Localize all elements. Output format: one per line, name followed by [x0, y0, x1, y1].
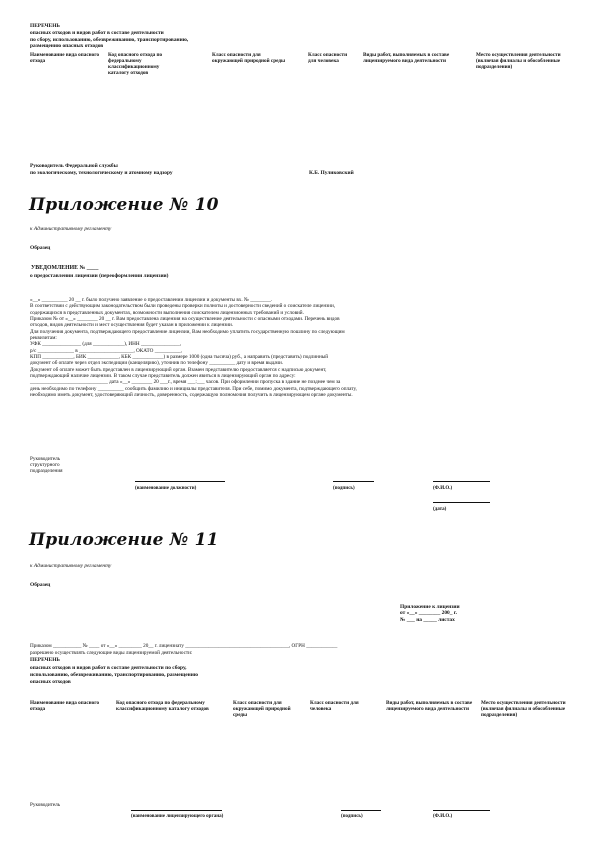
list-title: ПЕРЕЧЕНЬ [30, 657, 60, 663]
column-header-location: Место осуществления деятельности (включа… [481, 700, 567, 718]
notice-title: УВЕДОМЛЕНИЕ № ____ [31, 265, 98, 271]
list-title: ПЕРЕЧЕНЬ [30, 23, 60, 29]
appendix-11-heading: Приложение № 11 [29, 530, 219, 550]
list-subtitle-line: опасных отходов и видов работ в составе … [30, 30, 164, 36]
signer-label: Руководитель [30, 802, 60, 808]
column-header-waste-name: Наименование вида опасного отхода [30, 700, 100, 712]
caption-signature: (подпись) [341, 814, 363, 820]
fio-line [433, 481, 490, 482]
signer-title-line: Руководитель Федеральной службы [30, 163, 118, 169]
list-subtitle-line: по сбору, использованию, обезвреживанию,… [30, 37, 188, 43]
appendix-10-regulation-ref: к Административному регламенту [30, 226, 111, 232]
signature-line [341, 810, 381, 811]
fio-line [433, 810, 490, 811]
list-subtitle-line: опасных отходов [30, 679, 71, 685]
caption-fio: (Ф.И.О.) [433, 814, 452, 820]
column-header-work-types: Виды работ, выполняемых в составе лиценз… [363, 52, 465, 64]
caption-signature: (подпись) [333, 486, 355, 492]
caption-position: (наименование должности) [135, 486, 196, 492]
column-header-human-hazard-class: Класс опасности для человека [308, 52, 352, 64]
caption-date: (дата) [433, 507, 446, 513]
column-header-work-types: Виды работ, выполняемых в составе лиценз… [386, 700, 478, 712]
list-subtitle-line: размещению опасных отходов [30, 43, 103, 49]
license-annex-line: № ___ на _____ листах [400, 617, 460, 623]
order-line: Приказом ___________ № ____ от «__» ____… [30, 643, 337, 649]
notice-line: необходимо иметь документ, удостоверяющи… [30, 392, 575, 398]
column-header-waste-code: Код опасного отхода по федеральному клас… [108, 52, 178, 76]
org-signature-line [131, 810, 222, 811]
signer-name: К.Б. Пуликовский [309, 170, 354, 176]
caption-fio: (Ф.И.О.) [433, 486, 452, 492]
column-header-env-hazard-class: Класс опасности для окружающей природной… [212, 52, 292, 64]
appendix-11-regulation-ref: к Административному регламенту [30, 563, 111, 569]
license-annex-line: от «__» ________ 200_ г. [400, 610, 460, 616]
position-signature-line [135, 481, 225, 482]
signer-label-line: подразделения [30, 468, 62, 474]
signature-line [333, 481, 374, 482]
appendix-10-sample-label: Образец [30, 245, 50, 251]
appendix-10-heading: Приложение № 10 [29, 195, 219, 215]
column-header-human-hazard-class: Класс опасности для человека [310, 700, 380, 712]
appendix-11-sample-label: Образец [30, 582, 50, 588]
list-subtitle-line: опасных отходов и видов работ в составе … [30, 665, 186, 671]
column-header-waste-code: Код опасного отхода по федеральному клас… [116, 700, 226, 712]
license-annex-ref: Приложение к лицензии от «__» ________ 2… [400, 604, 460, 623]
column-header-waste-name: Наименование вида опасного отхода [30, 52, 100, 64]
signer-title-line: по экологическому, технологическому и ат… [30, 170, 173, 176]
notice-body: «__» __________ 20 __ г. было получено з… [30, 297, 575, 399]
column-header-env-hazard-class: Класс опасности для окружающей природной… [233, 700, 305, 718]
order-line-2: разрешено осуществлять следующие виды ли… [30, 650, 192, 656]
notice-subtitle: о предоставлении лицензии (переоформлени… [30, 273, 168, 279]
column-header-location: Место осуществления деятельности (включа… [476, 52, 566, 70]
date-line [433, 502, 490, 503]
signer-label: Руководитель структурного подразделения [30, 456, 62, 475]
list-subtitle-line: использованию, обезвреживанию, транспорт… [30, 672, 198, 678]
caption-org: (наименование лицензирующего органа) [131, 814, 223, 820]
